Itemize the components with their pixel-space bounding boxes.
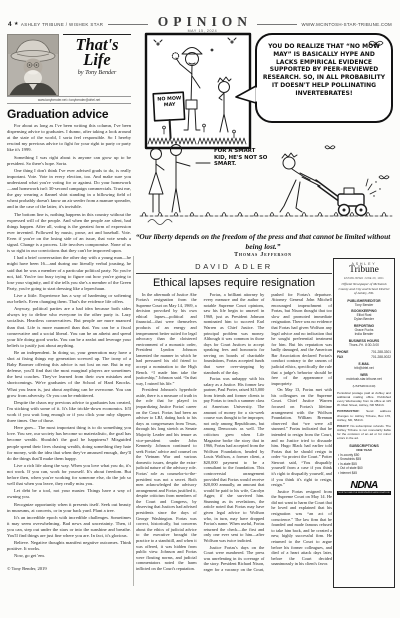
masthead-infobox: ASHLEY Tribune ESTABLISHED JUNE 29, 1901…: [333, 258, 395, 588]
tony-bender-photo: [7, 34, 59, 96]
paragraph: On May 13, Fortas met with his colleague…: [271, 387, 332, 487]
one-year-label: ONE YEAR: [337, 448, 391, 452]
grass-spray: [366, 179, 381, 197]
paragraph: For about as long as I've been writing t…: [7, 123, 131, 154]
header-rule-right: [257, 24, 296, 25]
quote-attribution: Thomas Jefferson: [134, 252, 392, 258]
hours-value: Thurs.-Fri. 8:30-3:00: [337, 343, 391, 347]
contact-block: PHONE 701-288-3301 FAX 701-288-0022: [337, 350, 391, 360]
cartoon-caption: FOR A SMART KID, HE'S NOT SO SMART.: [214, 148, 268, 168]
ndna-logo: NDNA NORTH DAKOTA NEWSPAPER ASSOCIATION: [337, 480, 391, 495]
paragraph: Live a rich life along the way. When you…: [7, 463, 131, 487]
cartoon-mowing-kid-figure: [280, 153, 320, 212]
adler-column: DAVID ADLER Ethical lapses require resig…: [136, 262, 332, 614]
bender-copyright: © Tony Bender, 2019: [7, 566, 131, 571]
section-title: OPINION: [153, 15, 252, 29]
editorial-cartoon: YOU DO REALIZE THAT “NO MOW MAY” IS BASI…: [134, 30, 398, 228]
star-icon: ★: [14, 21, 19, 27]
usps-number: (USPS#033-040): [337, 384, 391, 388]
paper-name: Tribune: [337, 266, 391, 276]
byline-rule: [136, 273, 332, 274]
cartoon-parents-figures: [149, 145, 190, 213]
paragraph: Recognize opportunity when it presents i…: [7, 502, 131, 514]
lawn-grass: [140, 213, 392, 217]
bender-headline: Graduation advice: [7, 107, 131, 121]
thats-life-title: That's Life: [63, 37, 131, 67]
header-rule-left: [108, 24, 147, 25]
paragraph: • Internet $45: [338, 471, 391, 476]
postage-paragraph: Periodical postage paid at Ashley and ad…: [337, 391, 391, 407]
postmaster-paragraph: POSTMASTER: Send address changes to: Ash…: [337, 409, 391, 421]
publisher-names: Tony Bender: [337, 303, 391, 307]
adler-byline: DAVID ADLER: [136, 262, 332, 271]
official-newspaper-text: Official Newspaper of McIntosh County an…: [337, 282, 391, 296]
paragraph: In the aftermath of Justice Abe Fortas's…: [136, 292, 197, 387]
fax-row: FAX 701-288-0022: [337, 355, 391, 360]
paragraph: One thing I don't think I've ever advise…: [7, 168, 131, 211]
established-line: ESTABLISHED JUNE 29, 1901: [337, 277, 391, 280]
paragraph: President Johnson's hyperbole aside, the…: [136, 387, 197, 571]
bender-article-body: For about as long as I've been writing t…: [7, 123, 131, 561]
ndna-logo-text: NDNA: [337, 480, 391, 491]
page-number: 4: [8, 21, 12, 28]
paragraph: I had a brief conversation the other day…: [7, 255, 131, 292]
paragraph: Be an independent. In doing so, your gen…: [7, 350, 131, 399]
fax-value: 701-288-0022: [371, 355, 391, 360]
header-left: 4 ★ ASHLEY TRIBUNE / WISHEK STAR: [8, 21, 103, 28]
paragraph: Fortas, a brilliant attorney by every me…: [204, 292, 265, 376]
paragraph: Live a little. Experience has a way of h…: [7, 293, 131, 305]
policy-paragraph: POLICY: No subscription refunds. The Ash…: [337, 424, 391, 440]
paragraph: Let debt be a tool, not your master. Thi…: [7, 488, 131, 500]
column-rule: [133, 256, 134, 586]
paragraph: Fortas was unhappy with his salary as a …: [204, 376, 265, 543]
fax-label: FAX: [337, 355, 343, 360]
author-contact-line: www.tonybender.net • tonybender@drtel.ne…: [7, 96, 131, 104]
quote-text: “Our liberty depends on the freedom of t…: [134, 232, 392, 251]
header-left-title: ASHLEY TRIBUNE / WISHEK STAR: [21, 22, 103, 27]
bender-column: That's Life by Tony Bender www.tonybende…: [7, 34, 131, 571]
paragraph: Despite the chaos my previous advice to …: [7, 400, 131, 424]
header-website: WWW.MCINTOSH-STAR-TRIBUNE.COM: [302, 22, 393, 27]
portrait-art: [7, 34, 59, 96]
paragraph: Here goes... The most important thing is…: [7, 425, 131, 462]
ndna-logo-subtext: NORTH DAKOTA NEWSPAPER ASSOCIATION: [337, 491, 391, 495]
newspaper-opinion-page: 4 ★ ASHLEY TRIBUNE / WISHEK STAR OPINION…: [0, 0, 400, 618]
paragraph: Believe. Negative thoughts manifest nega…: [7, 540, 131, 552]
paragraph: It's an incredible epoch with incredible…: [7, 515, 131, 539]
no-mow-may-sign-text: NO MOW MAY: [156, 96, 184, 108]
subscription-rates: • In-county $50• Snowbirds $55• In-state…: [338, 453, 391, 476]
web-value: mcintosh-star-tribune.net: [337, 377, 391, 381]
cartoonist-signature: [148, 220, 172, 225]
reporting-names: Grace Fuchs India Bender: [337, 328, 391, 337]
pull-quote: “Our liberty depends on the freedom of t…: [134, 232, 392, 258]
adler-article-body: In the aftermath of Justice Abe Fortas's…: [136, 292, 332, 614]
paragraph: The bottom line is, nothing happens in t…: [7, 212, 131, 255]
push-mower: [316, 180, 367, 216]
adler-headline: Ethical lapses require resignation: [136, 277, 332, 289]
bookkeeping-names: Elliot Rust Dylan Bender: [337, 313, 391, 322]
paragraph: Something I was right about is anyone ca…: [7, 155, 131, 167]
thats-life-masthead: That's Life by Tony Bender: [63, 34, 131, 76]
speech-bubble-text: YOU DO REALIZE THAT “NO MOW MAY” IS BASI…: [262, 43, 386, 98]
thats-life-byline: by Tony Bender: [63, 69, 131, 76]
email-value: trib@drtel.net: [337, 366, 391, 370]
paragraph: Now, go get 'em.: [7, 553, 131, 559]
paragraph: Justice Fortas resigned from the Supreme…: [271, 489, 332, 567]
paragraph: Anyway, political parties are a bad idea…: [7, 306, 131, 349]
